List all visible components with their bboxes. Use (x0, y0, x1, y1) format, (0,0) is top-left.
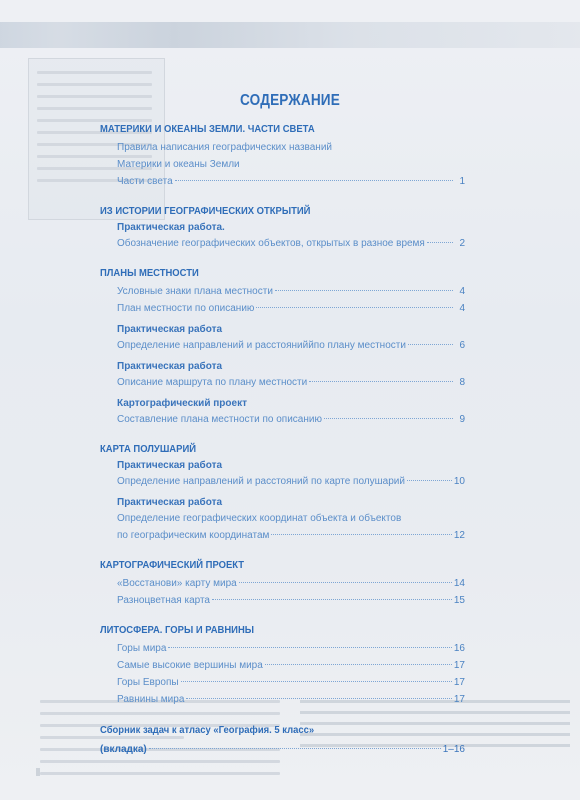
dot-leader (309, 381, 453, 382)
show-through-header-band (0, 22, 580, 48)
toc-section: ИЗ ИСТОРИИ ГЕОГРАФИЧЕСКИХ ОТКРЫТИЙПракти… (100, 204, 465, 252)
toc-entry-label: по географическим координатам (117, 527, 269, 544)
dot-leader (275, 290, 453, 291)
appendix-title[interactable]: Сборник задач к атласу «География. 5 кла… (100, 722, 429, 738)
toc-section: МАТЕРИКИ И ОКЕАНЫ ЗЕМЛИ. ЧАСТИ СВЕТАПрав… (100, 122, 465, 190)
section-body: Горы мира16Самые высокие вершины мира17Г… (100, 640, 465, 708)
toc-entry-page: 9 (455, 411, 465, 428)
toc-entry-page: 16 (454, 640, 465, 657)
toc-section: ПЛАНЫ МЕСТНОСТИУсловные знаки плана мест… (100, 266, 465, 428)
dot-leader (181, 681, 452, 682)
toc-group: Практическая работаОписание маршрута по … (117, 360, 465, 391)
toc-entry-label: «Восстанови» карту мира (117, 575, 237, 592)
toc-entry[interactable]: Описание маршрута по плану местности8 (117, 374, 465, 391)
toc-entry[interactable]: Условные знаки плана местности4 (117, 283, 465, 300)
group-subtitle: Картографический проект (117, 397, 465, 411)
toc-entry[interactable]: Определение географических координат объ… (117, 510, 465, 527)
toc-entry[interactable]: Обозначение географических объектов, отк… (117, 235, 465, 252)
toc-entry[interactable]: Составление плана местности по описанию9 (117, 411, 465, 428)
dot-leader (427, 242, 453, 243)
section-title[interactable]: ПЛАНЫ МЕСТНОСТИ (100, 266, 429, 280)
toc-entry-page: 1 (455, 173, 465, 190)
toc-entry-label: Условные знаки плана местности (117, 283, 273, 300)
dot-leader (407, 480, 452, 481)
appendix-section: Сборник задач к атласу «География. 5 кла… (100, 722, 465, 758)
toc-entry-label: Материки и океаны Земли (117, 156, 240, 173)
show-through-page-number (36, 768, 40, 776)
toc-entry-label: Части света (117, 173, 173, 190)
toc-entry-page: 14 (454, 575, 465, 592)
toc-entry-page: 6 (455, 337, 465, 354)
toc-entry-page: 4 (455, 283, 465, 300)
toc-entry[interactable]: по географическим координатам12 (117, 527, 465, 544)
toc-entry-label: Разноцветная карта (117, 592, 210, 609)
section-body: Правила написания географических названи… (100, 139, 465, 190)
toc-entry-label: Горы Европы (117, 674, 179, 691)
toc-entry[interactable]: (вкладка)1–16 (100, 741, 465, 758)
toc-entry[interactable]: «Восстанови» карту мира14 (117, 575, 465, 592)
toc-entry[interactable]: План местности по описанию4 (117, 300, 465, 317)
group-subtitle: Практическая работа. (117, 221, 465, 235)
toc-entry-label: План местности по описанию (117, 300, 254, 317)
toc-entry-page: 17 (454, 674, 465, 691)
toc-entry-page: 10 (454, 473, 465, 490)
toc-entry-page: 1–16 (443, 741, 465, 758)
toc-entry-page: 17 (454, 691, 465, 708)
toc-entry-label: Определение направлений и расстояниййпо … (117, 337, 406, 354)
section-title[interactable]: МАТЕРИКИ И ОКЕАНЫ ЗЕМЛИ. ЧАСТИ СВЕТА (100, 122, 429, 136)
toc-entry-label: Определение географических координат объ… (117, 510, 401, 527)
toc-entry-label: Описание маршрута по плану местности (117, 374, 307, 391)
toc-entry-page: 2 (455, 235, 465, 252)
toc-entry-label: Равнины мира (117, 691, 184, 708)
dot-leader (239, 582, 452, 583)
page-title: СОДЕРЖАНИЕ (44, 92, 537, 110)
section-title[interactable]: ИЗ ИСТОРИИ ГЕОГРАФИЧЕСКИХ ОТКРЫТИЙ (100, 204, 429, 218)
toc-entry[interactable]: Правила написания географических названи… (117, 139, 465, 156)
section-title[interactable]: КАРТА ПОЛУШАРИЙ (100, 442, 429, 456)
toc-entry-page: 15 (454, 592, 465, 609)
dot-leader (324, 418, 453, 419)
table-of-contents: МАТЕРИКИ И ОКЕАНЫ ЗЕМЛИ. ЧАСТИ СВЕТАПрав… (100, 122, 465, 772)
toc-entry[interactable]: Части света1 (117, 173, 465, 190)
toc-entry-page: 17 (454, 657, 465, 674)
toc-group: Практическая работаОпределение направлен… (117, 459, 465, 490)
dot-leader (408, 344, 453, 345)
group-subtitle: Практическая работа (117, 459, 465, 473)
section-title[interactable]: ЛИТОСФЕРА. ГОРЫ И РАВНИНЫ (100, 623, 429, 637)
dot-leader (168, 647, 451, 648)
toc-entry[interactable]: Разноцветная карта15 (117, 592, 465, 609)
toc-entry-label: (вкладка) (100, 741, 147, 758)
toc-entry[interactable]: Равнины мира17 (117, 691, 465, 708)
toc-entry[interactable]: Материки и океаны Земли (117, 156, 465, 173)
toc-section: ЛИТОСФЕРА. ГОРЫ И РАВНИНЫГоры мира16Самы… (100, 623, 465, 708)
toc-section: КАРТА ПОЛУШАРИЙПрактическая работаОпреде… (100, 442, 465, 544)
toc-group: Картографический проектСоставление плана… (117, 397, 465, 428)
toc-entry[interactable]: Горы мира16 (117, 640, 465, 657)
toc-entry-label: Определение направлений и расстояний по … (117, 473, 405, 490)
toc-group: Практическая работа.Обозначение географи… (117, 221, 465, 252)
group-subtitle: Практическая работа (117, 496, 465, 510)
toc-entry-label: Обозначение географических объектов, отк… (117, 235, 425, 252)
toc-entry-page: 12 (454, 527, 465, 544)
group-subtitle: Практическая работа (117, 323, 465, 337)
dot-leader (186, 698, 451, 699)
dot-leader (175, 180, 453, 181)
toc-entry[interactable]: Определение направлений и расстояний по … (117, 473, 465, 490)
toc-entry[interactable]: Самые высокие вершины мира17 (117, 657, 465, 674)
toc-entry-label: Горы мира (117, 640, 166, 657)
group-subtitle: Практическая работа (117, 360, 465, 374)
toc-entry[interactable]: Определение направлений и расстояниййпо … (117, 337, 465, 354)
section-body: Практическая работаОпределение направлен… (100, 459, 465, 544)
toc-entry-label: Самые высокие вершины мира (117, 657, 263, 674)
section-body: Практическая работа.Обозначение географи… (100, 221, 465, 252)
toc-entry[interactable]: Горы Европы17 (117, 674, 465, 691)
dot-leader (271, 534, 451, 535)
dot-leader (149, 748, 441, 749)
dot-leader (265, 664, 452, 665)
toc-group: Практическая работаОпределение направлен… (117, 323, 465, 354)
toc-entry-page: 4 (455, 300, 465, 317)
dot-leader (256, 307, 453, 308)
toc-entry-page: 8 (455, 374, 465, 391)
section-body: Условные знаки плана местности4План мест… (100, 283, 465, 428)
section-title[interactable]: КАРТОГРАФИЧЕСКИЙ ПРОЕКТ (100, 558, 429, 572)
toc-entry-label: Правила написания географических названи… (117, 139, 332, 156)
toc-group: Практическая работаОпределение географич… (117, 496, 465, 544)
section-body: «Восстанови» карту мира14Разноцветная ка… (100, 575, 465, 609)
toc-section: КАРТОГРАФИЧЕСКИЙ ПРОЕКТ«Восстанови» карт… (100, 558, 465, 609)
toc-entry-label: Составление плана местности по описанию (117, 411, 322, 428)
dot-leader (212, 599, 452, 600)
